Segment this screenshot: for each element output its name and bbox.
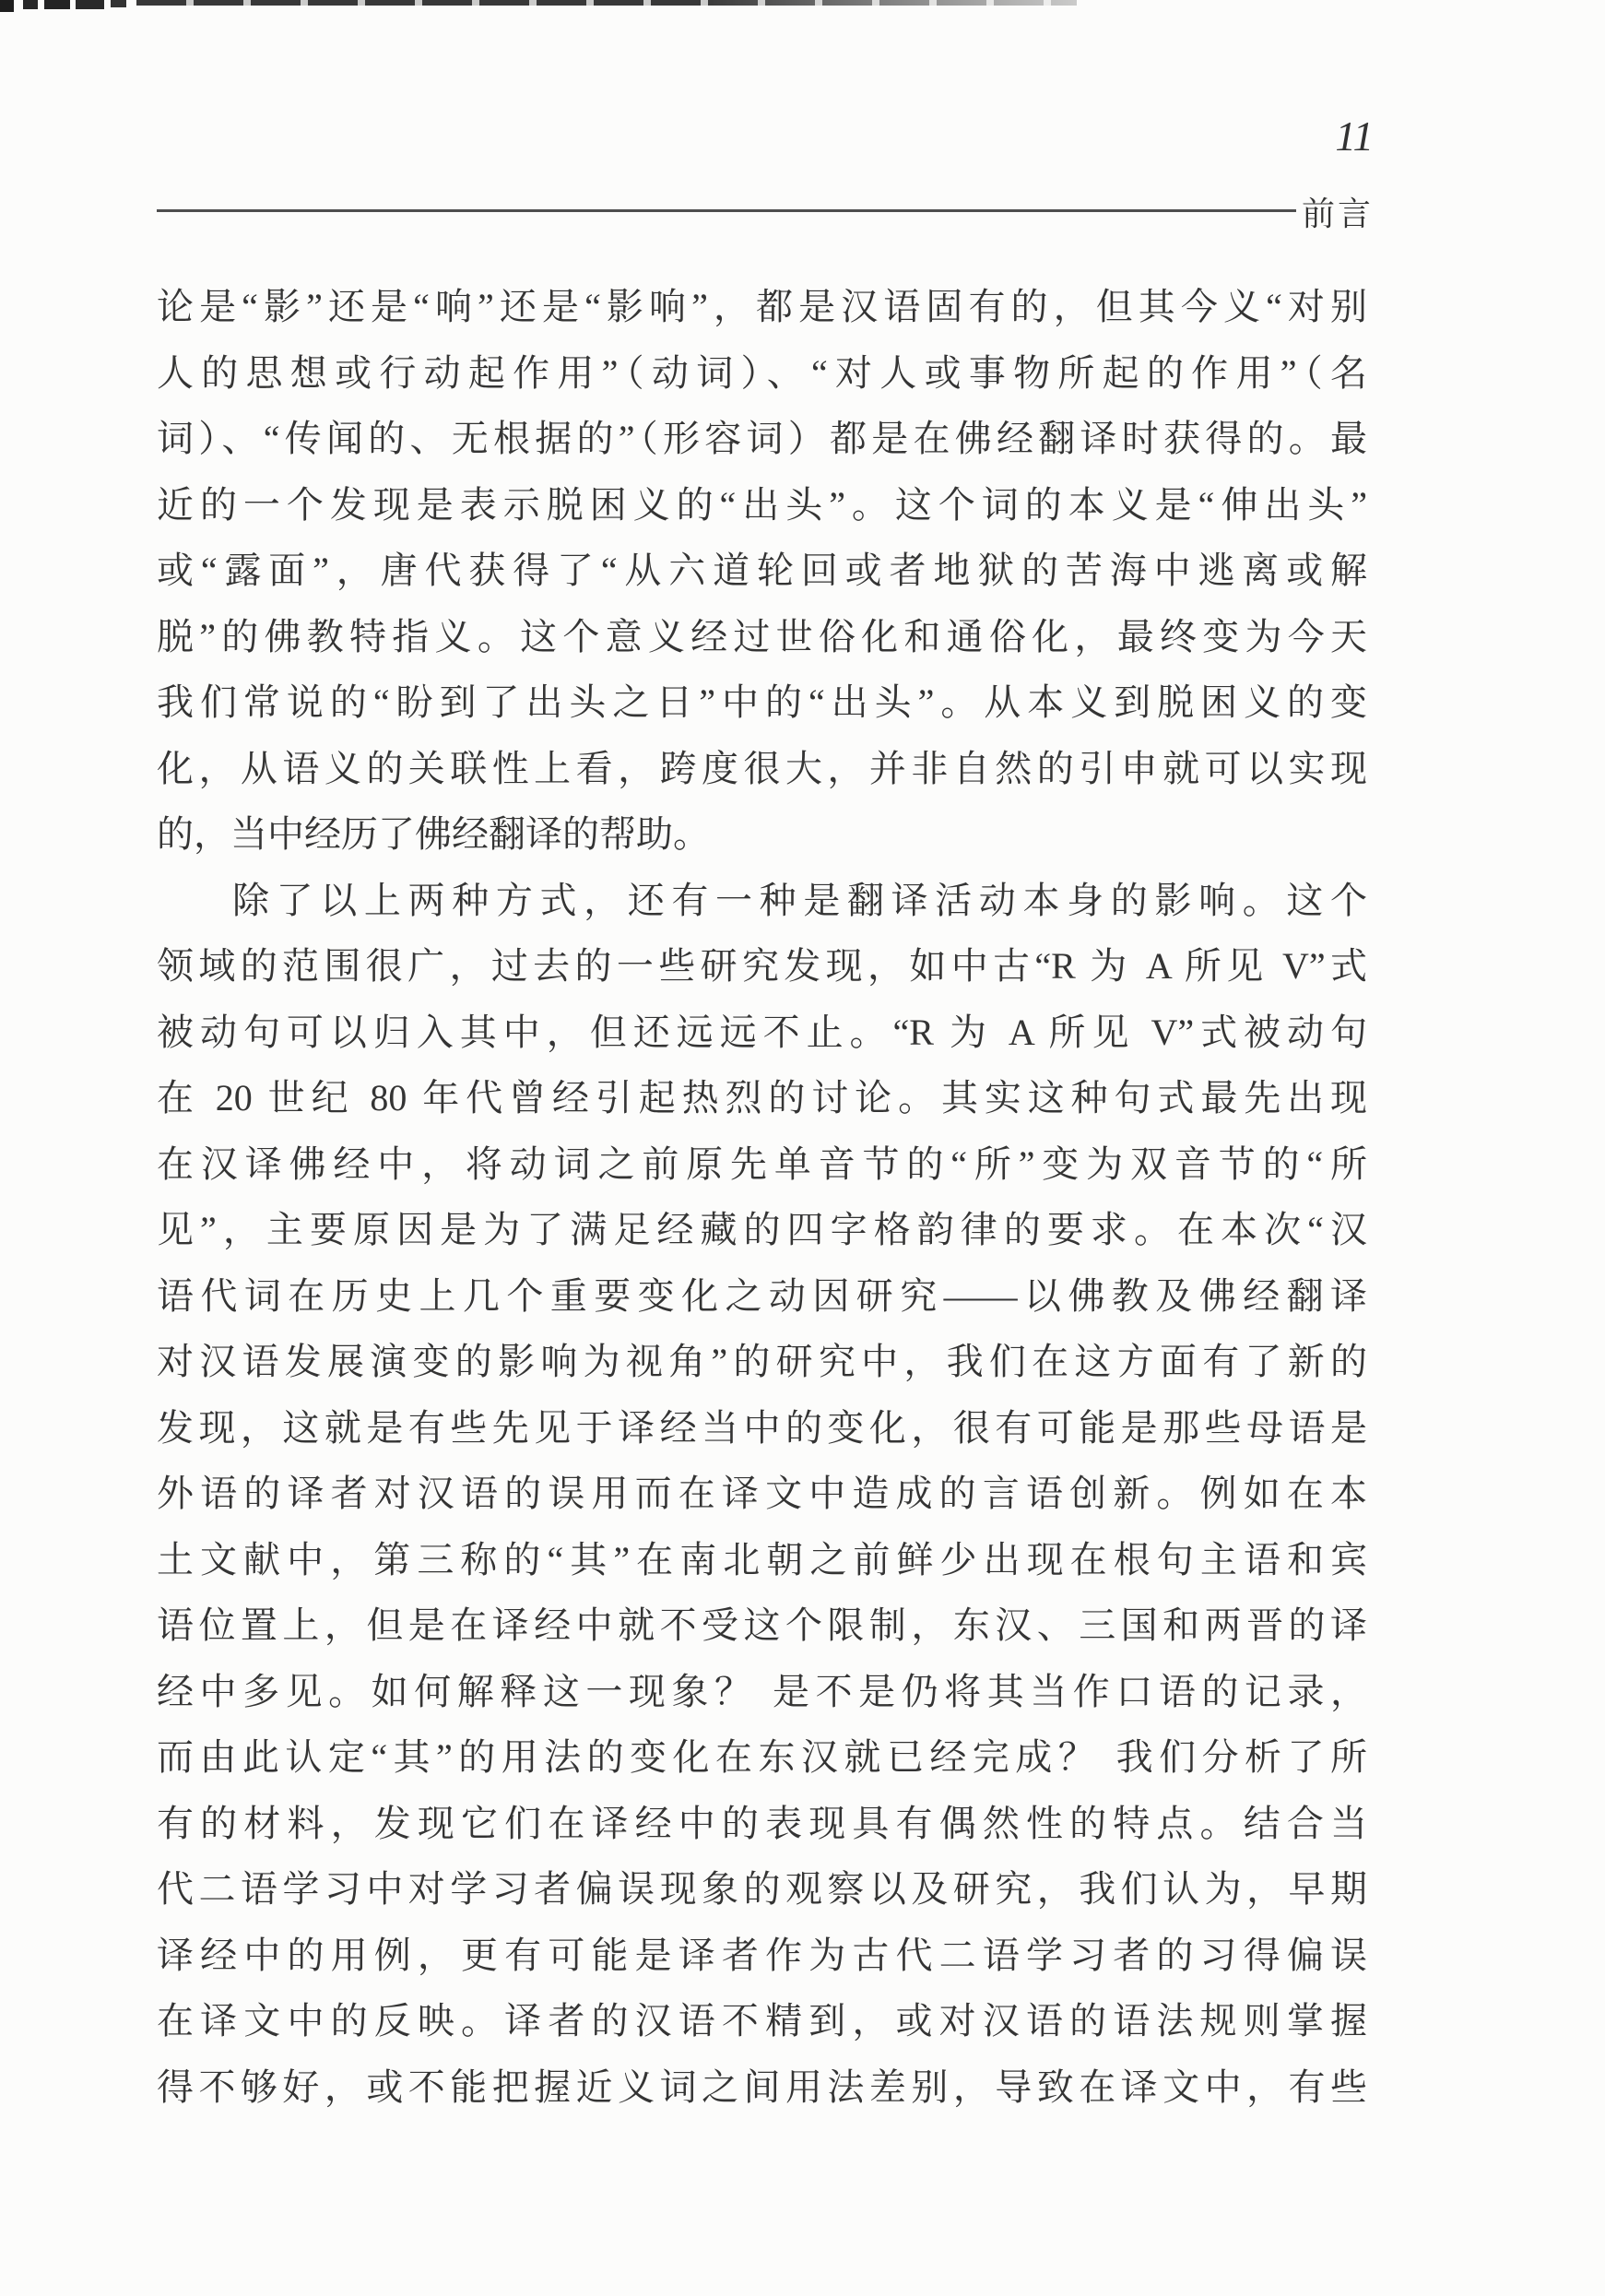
text-line: 人的思想或行动起作用”（动词）、“对人或事物所起的作用”（名	[157, 340, 1367, 407]
text-line: 在汉译佛经中，将动词之前原先单音节的“所”变为双音节的“所	[157, 1131, 1367, 1198]
scan-smudge	[44, 0, 70, 9]
text-line: 见”，主要原因是为了满足经藏的四字格韵律的要求。在本次“汉	[157, 1197, 1367, 1263]
text-line: 语代词在历史上几个重要变化之动因研究——以佛教及佛经翻译	[157, 1263, 1367, 1330]
text-line: 得不够好，或不能把握近义词之间用法差别，导致在译文中，有些	[157, 2054, 1367, 2121]
book-page: 11 前言 论是“影”还是“响”还是“影响”，都是汉语固有的，但其今义“对别人的…	[0, 0, 1605, 2296]
header-rule	[157, 209, 1296, 212]
text-line: 除了以上两种方式，还有一种是翻译活动本身的影响。这个	[157, 868, 1367, 934]
text-line: 我们常说的“盼到了出头之日”中的“出头”。从本义到脱困义的变	[157, 669, 1367, 736]
scan-smudge	[111, 0, 126, 7]
text-line: 近的一个发现是表示脱困义的“出头”。这个词的本义是“伸出头”	[157, 472, 1367, 538]
text-line: 领域的范围很广，过去的一些研究发现，如中古“R 为 A 所见 V”式	[157, 933, 1367, 1000]
scan-smudge	[0, 0, 14, 12]
text-line: 对汉语发展演变的影响为视角”的研究中，我们在这方面有了新的	[157, 1329, 1367, 1395]
scan-smudge	[23, 0, 38, 9]
text-line: 而由此认定“其”的用法的变化在东汉就已经完成？ 我们分析了所	[157, 1724, 1367, 1791]
page-number: 11	[1320, 112, 1374, 160]
text-line: 或“露面”，唐代获得了“从六道轮回或者地狱的苦海中逃离或解	[157, 538, 1367, 604]
text-line: 译经中的用例，更有可能是译者作为古代二语学习者的习得偏误	[157, 1923, 1367, 1989]
scan-artifact-top	[0, 0, 1605, 28]
scan-smudge	[76, 0, 104, 9]
header-label: 前言	[1302, 188, 1374, 235]
text-line: 语位置上，但是在译经中就不受这个限制，东汉、三国和两晋的译	[157, 1592, 1367, 1659]
text-line: 的，当中经历了佛经翻译的帮助。	[157, 801, 1367, 868]
text-line: 化，从语义的关联性上看，跨度很大，并非自然的引申就可以实现	[157, 736, 1367, 802]
text-line: 在 20 世纪 80 年代曾经引起热烈的讨论。其实这种句式最先出现	[157, 1065, 1367, 1131]
text-line: 代二语学习中对学习者偏误现象的观察以及研究，我们认为，早期	[157, 1856, 1367, 1923]
text-line: 论是“影”还是“响”还是“影响”，都是汉语固有的，但其今义“对别	[157, 274, 1367, 340]
body-text: 论是“影”还是“响”还是“影响”，都是汉语固有的，但其今义“对别人的思想或行动起…	[157, 274, 1367, 2120]
text-line: 脱”的佛教特指义。这个意义经过世俗化和通俗化，最终变为今天	[157, 604, 1367, 670]
text-line: 外语的译者对汉语的误用而在译文中造成的言语创新。例如在本	[157, 1461, 1367, 1527]
text-line: 在译文中的反映。译者的汉语不精到，或对汉语的语法规则掌握	[157, 1988, 1367, 2054]
text-line: 有的材料，发现它们在译经中的表现具有偶然性的特点。结合当	[157, 1791, 1367, 1857]
scan-streak	[136, 0, 1077, 6]
text-line: 被动句可以归入其中，但还远远不止。“R 为 A 所见 V”式被动句	[157, 1000, 1367, 1066]
text-line: 土文献中，第三称的“其”在南北朝之前鲜少出现在根句主语和宾	[157, 1527, 1367, 1593]
text-line: 发现，这就是有些先见于译经当中的变化，很有可能是那些母语是	[157, 1395, 1367, 1462]
text-line: 经中多见。如何解释这一现象？ 是不是仍将其当作口语的记录，	[157, 1659, 1367, 1725]
text-line: 词）、“传闻的、无根据的”（形容词）都是在佛经翻译时获得的。最	[157, 406, 1367, 472]
